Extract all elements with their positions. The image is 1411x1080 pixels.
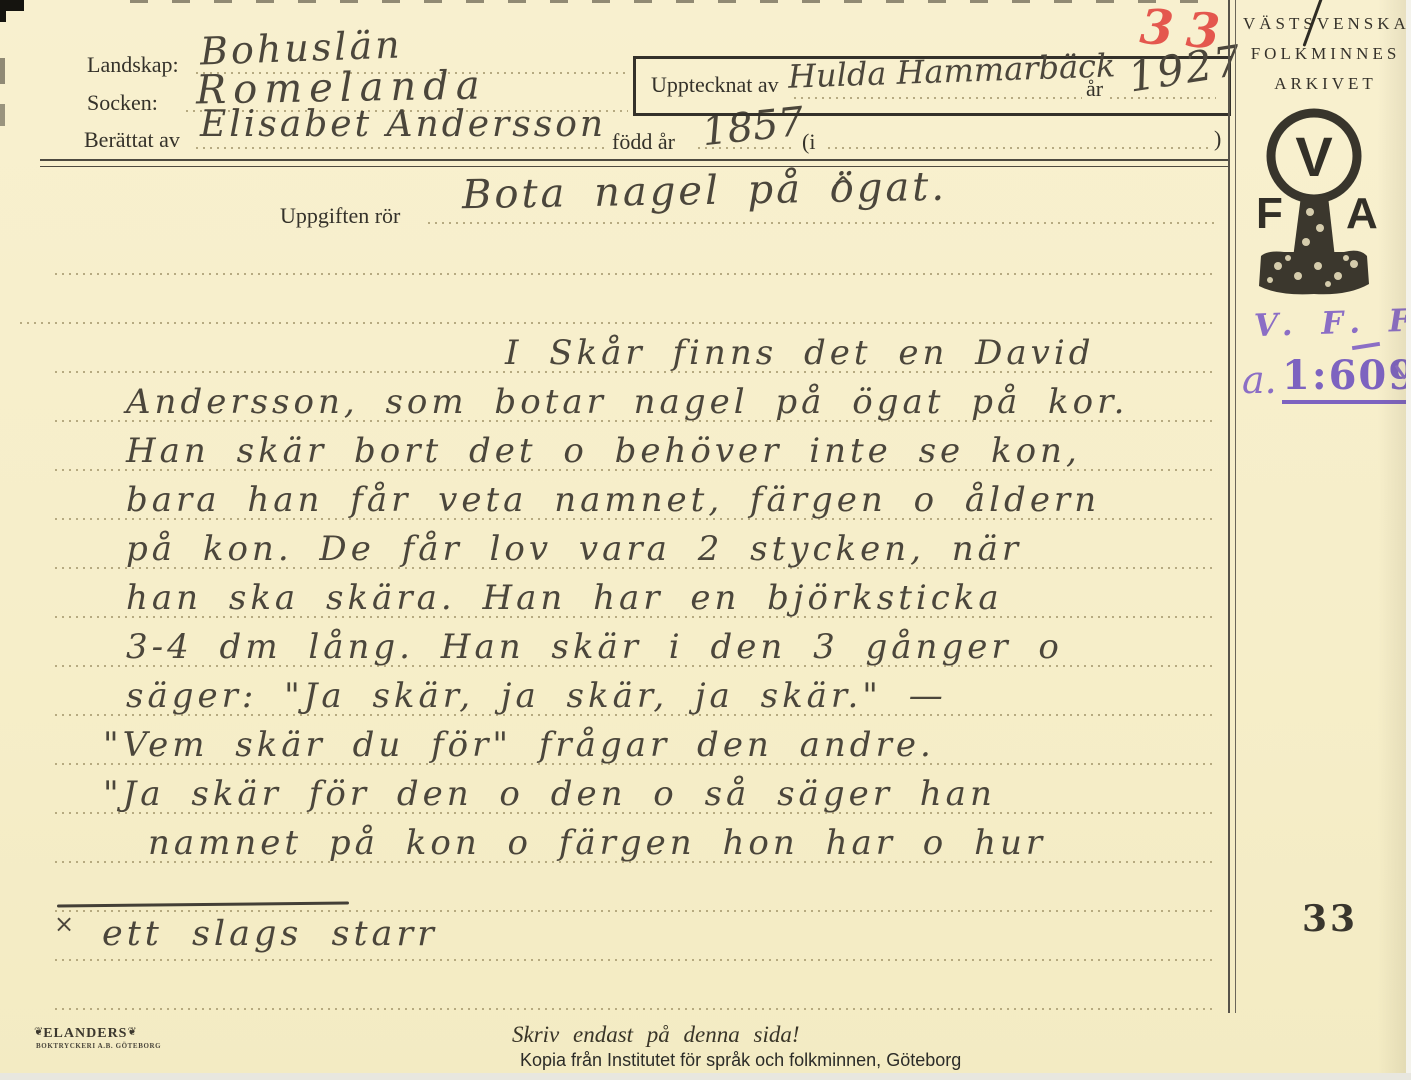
logo-letter-a: A <box>1346 189 1378 238</box>
ar-fill-line <box>1110 97 1216 99</box>
footnote-pen-line <box>57 901 349 907</box>
birthplace-close-paren: ) <box>1214 126 1221 152</box>
hammer-head <box>1259 251 1369 295</box>
rule-line <box>55 910 1215 912</box>
landskap-label: Landskap: <box>87 52 179 78</box>
scan-bottom-edge <box>0 1073 1411 1080</box>
footnote-marker: × <box>54 910 74 938</box>
printer-name: ELANDERS <box>43 1026 127 1041</box>
socken-label: Socken: <box>87 90 158 116</box>
accession-overbar-mark <box>1352 342 1380 350</box>
logo-letter-v: V <box>1295 125 1332 188</box>
margin-divider-left <box>1228 0 1230 1013</box>
body-line: bara han får veta namnet, färgen o ålder… <box>126 480 1100 524</box>
write-only-instruction: Skriv endast på denna sida! <box>512 1022 800 1048</box>
fodd-ar-label: född år <box>612 129 675 155</box>
body-line: I Skår finns det en David <box>505 333 1095 377</box>
printer-ornament-icon: ❦ <box>127 1026 136 1038</box>
printer-mark: ❦ELANDERS❦ <box>34 1024 137 1042</box>
berattat-value: Elisabet Andersson <box>200 104 606 145</box>
archive-card: Landskap: Socken: Berättat av född år (i… <box>0 0 1411 1080</box>
vfa-hammer-logo: V F A <box>1248 100 1380 312</box>
body-line: Andersson, som botar nagel på ögat på ko… <box>126 382 1128 426</box>
footnote-caret-mark: ^ <box>833 172 853 200</box>
hammer-stem <box>1293 196 1335 258</box>
header-divider-bottom <box>40 166 1228 167</box>
scan-left-edge-mark <box>0 58 5 84</box>
header-divider-top <box>40 159 1228 161</box>
scan-top-edge <box>130 0 1210 3</box>
body-line: 3-4 dm lång. Han skär i den 3 gånger o <box>126 627 1063 671</box>
printer-subtitle: BOKTRYCKERI A.B. GÖTEBORG <box>36 1042 161 1050</box>
body-line: "Ja skär för den o den o så säger han <box>103 774 996 818</box>
body-line: "Vem skär du för" frågar den andre. <box>103 725 935 769</box>
margin-divider-right <box>1235 0 1236 1013</box>
rule-line <box>20 322 1215 324</box>
upptecknat-label: Upptecknat av <box>651 72 779 98</box>
page-number-stamp: 33 <box>1302 898 1358 940</box>
rule-line <box>55 959 1215 961</box>
scan-corner-mark <box>0 0 6 22</box>
scan-left-edge-mark <box>0 104 5 126</box>
logo-letter-f: F <box>1256 189 1283 238</box>
body-line: namnet på kon o färgen hon har o hur <box>148 823 1046 867</box>
body-line: på kon. De får lov vara 2 stycken, när <box>126 529 1022 573</box>
rule-line <box>55 1008 1215 1010</box>
footnote-text: ett slags starr <box>102 914 438 954</box>
berattat-fill-line <box>196 147 606 149</box>
birthplace-fill-line <box>828 147 1210 149</box>
copy-caption: Kopia från Institutet för språk och folk… <box>520 1050 961 1071</box>
scan-right-edge <box>1406 0 1411 1080</box>
uppgiften-fill-line <box>428 222 1214 224</box>
body-line: han ska skära. Han har en björksticka <box>126 578 1003 622</box>
subject-value: Bota nagel på ögat. <box>462 164 948 218</box>
berattat-av-label: Berättat av <box>84 127 180 153</box>
scan-right-shading <box>1378 0 1406 1080</box>
printer-ornament-icon: ❦ <box>34 1026 43 1038</box>
body-line: säger: "Ja skär, ja skär, ja skär." — <box>126 676 947 720</box>
rule-line <box>55 273 1215 275</box>
accession-prefix: a. <box>1242 358 1277 402</box>
uppgiften-ror-label: Uppgiften rör <box>280 203 400 229</box>
body-line: Han skär bort det o behöver inte se kon, <box>126 431 1081 475</box>
upptecknat-fill-line <box>794 97 1082 99</box>
